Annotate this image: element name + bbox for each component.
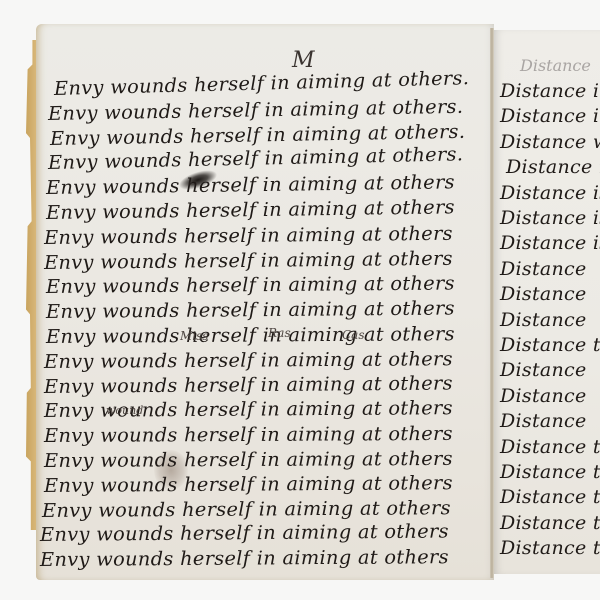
handwritten-line: Distance t — [500, 334, 600, 356]
copybook-spread: M Distance Envy wounds herself in aiming… — [0, 0, 600, 600]
left-page-header-mark: M — [292, 48, 315, 73]
margin-annotation-miss: Miss — [180, 329, 208, 343]
handwritten-line: Distance — [500, 309, 587, 331]
handwritten-line: Distance — [500, 359, 587, 381]
handwritten-line: Distance is — [500, 207, 600, 229]
handwritten-line: Envy wounds herself in aiming at others — [44, 247, 453, 273]
handwritten-line: Envy wounds herself in aiming at others — [46, 273, 455, 299]
margin-annotation-cas: Cas — [342, 328, 365, 342]
handwritten-line: Envy wounds herself in aiming at others — [44, 372, 453, 398]
handwritten-line: Distance th — [500, 486, 600, 508]
margin-annotation-ras: Ras — [268, 326, 291, 340]
handwritten-line: Envy wounds herself in aiming at others — [44, 348, 453, 373]
book-gutter — [490, 28, 494, 578]
handwritten-line: Envy wounds herself in aiming at others — [44, 472, 453, 497]
handwritten-line: Envy wounds herself in aiming at others — [46, 298, 455, 324]
handwritten-line: Distance — [500, 258, 587, 280]
handwritten-line: Envy wounds herself in aiming at others — [44, 448, 453, 472]
handwritten-line: Distance — [500, 283, 587, 305]
handwritten-line: Distance w — [500, 131, 600, 153]
handwritten-line: Distance i — [500, 105, 599, 127]
handwritten-line: Envy wounds herself in aiming at others — [46, 323, 455, 348]
handwritten-line: Envy wounds herself in aiming at others — [42, 497, 451, 522]
handwritten-line: Envy wounds herself in aiming at others — [44, 423, 453, 447]
handwritten-line: Distance th — [500, 537, 600, 559]
handwritten-line: Distance — [500, 385, 587, 407]
handwritten-line: Distance — [500, 410, 587, 432]
handwritten-line: Envy wounds herself in aiming at others — [44, 223, 453, 249]
interlinear-correction: wound — [106, 404, 143, 417]
handwritten-line: Distance th — [500, 461, 600, 483]
handwritten-line: Envy wounds herself in aiming at others — [40, 546, 449, 571]
handwritten-line: Distance i — [500, 80, 599, 102]
handwritten-line: Envy wounds herself in aiming at others — [40, 521, 449, 547]
handwritten-line: Distance is — [500, 182, 600, 204]
handwritten-line: Distance th — [500, 436, 600, 458]
handwritten-line: Distance is — [500, 232, 600, 254]
handwritten-line: Distance th — [500, 512, 600, 534]
right-page-header: Distance — [520, 56, 591, 75]
handwritten-line: Distance is — [506, 156, 600, 178]
